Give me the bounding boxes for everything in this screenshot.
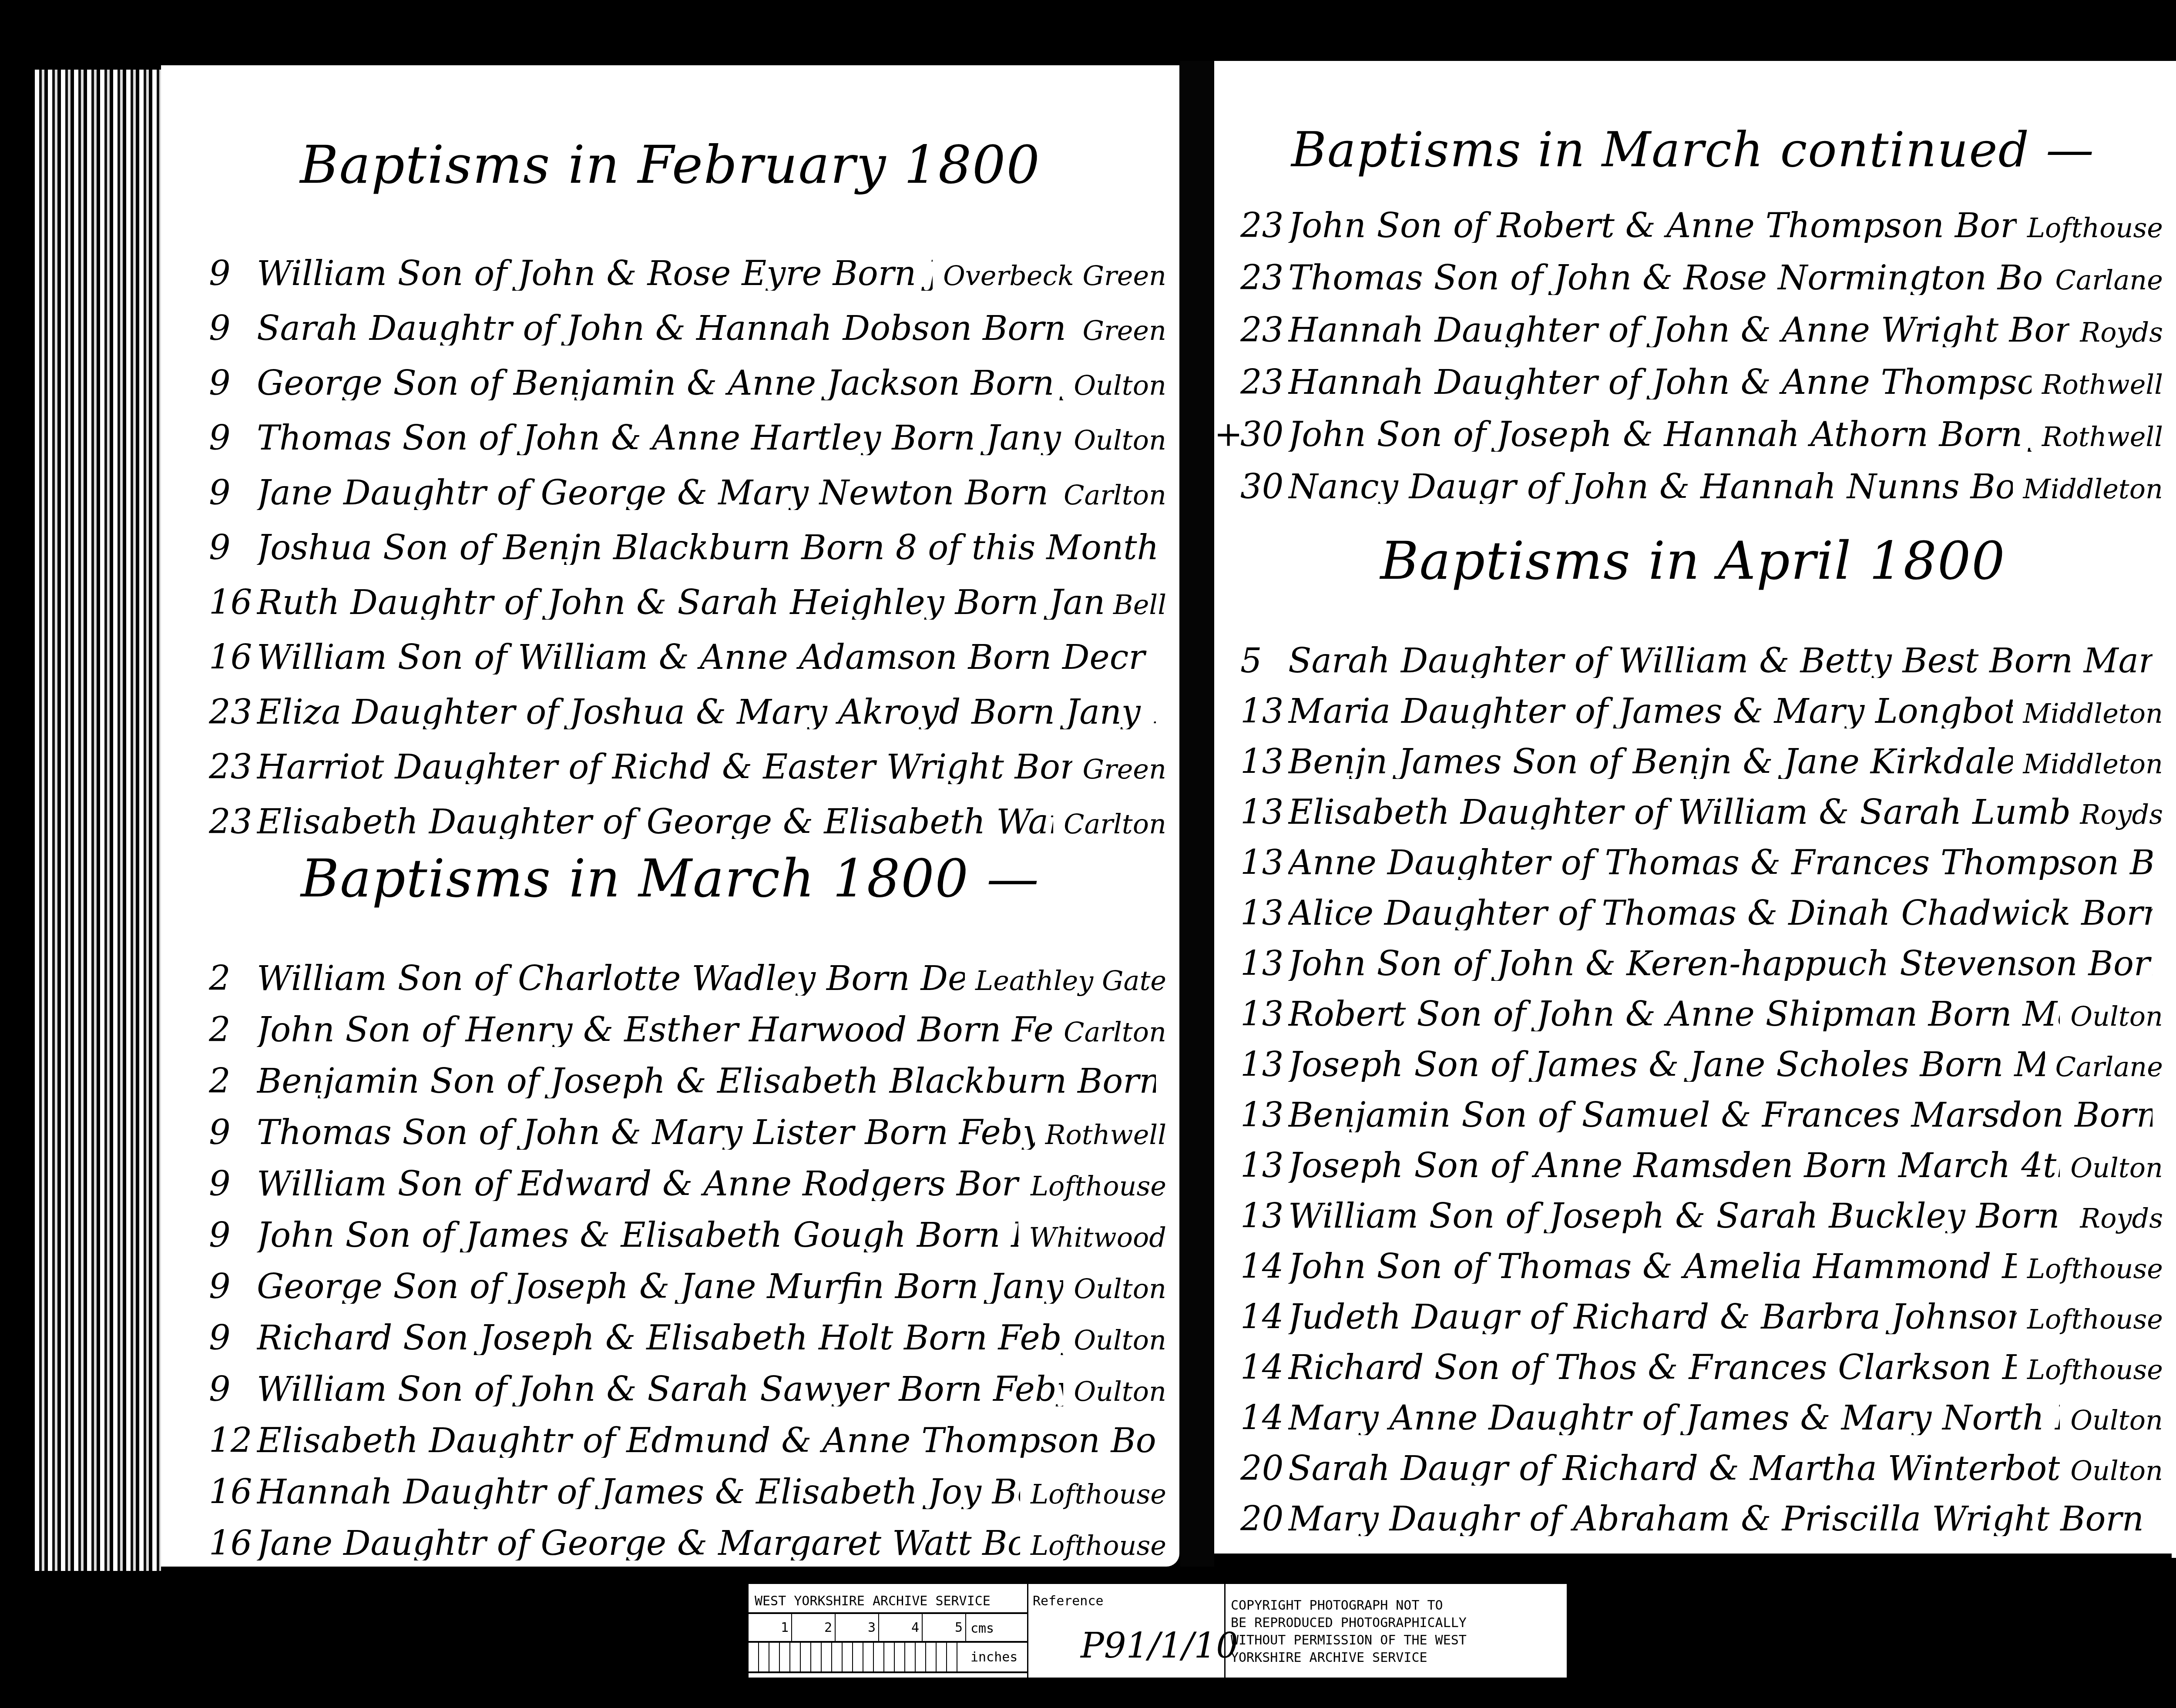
entry-place: Oulton xyxy=(1074,1327,1166,1354)
entry-text: Thomas Son of John & Mary Lister Born Fe… xyxy=(257,1116,1035,1150)
inch-unit: inches xyxy=(966,1643,1022,1671)
left-page: Baptisms in February 1800 9William Son o… xyxy=(161,65,1179,1567)
baptism-entry: 20Sarah Daugr of Richard & Martha Winter… xyxy=(1240,1452,2163,1502)
baptism-list-march: 2William Son of Charlotte Wadley Born De… xyxy=(209,962,1166,1629)
entry-text: William Son of Joseph & Sarah Buckley Bo… xyxy=(1288,1199,2069,1233)
entry-place: Carlton xyxy=(1064,482,1166,509)
baptism-entry: 9Joshua Son of Benjn Blackburn Born 8 of… xyxy=(209,531,1166,586)
cm-scale: 12345 cms xyxy=(749,1614,1027,1643)
baptism-entry: 12Elisabeth Daughtr of Edmund & Anne Tho… xyxy=(209,1424,1166,1475)
entry-day: 9 xyxy=(209,1116,257,1150)
entry-day: 16 xyxy=(209,641,257,674)
entry-text: William Son of Charlotte Wadley Born Dec… xyxy=(257,962,965,996)
archive-label: WEST YORKSHIRE ARCHIVE SERVICE 12345 cms… xyxy=(749,1584,1567,1678)
entry-place: Lofthouse xyxy=(1031,1173,1166,1200)
entry-text: Sarah Daughter of William & Betty Best B… xyxy=(1288,644,2152,678)
entry-text: William Son of William & Anne Adamson Bo… xyxy=(257,641,1156,674)
entry-text: Nancy Daugr of John & Hannah Nunns Born … xyxy=(1288,470,2013,504)
baptism-entry: 23Thomas Son of John & Rose Normington B… xyxy=(1240,261,2163,313)
entry-text: Ruth Daughtr of John & Sarah Heighley Bo… xyxy=(257,586,1103,620)
entry-day: 13 xyxy=(1240,745,1288,779)
entry-day: 9 xyxy=(209,531,257,565)
entry-day: 30 xyxy=(1240,470,1288,504)
baptism-entry: 2William Son of Charlotte Wadley Born De… xyxy=(209,962,1166,1013)
baptism-entry: 14John Son of Thomas & Amelia Hammond Bo… xyxy=(1240,1250,2163,1300)
entry-place: Royds xyxy=(2080,1205,2163,1232)
entry-text: Mary Daughr of Abraham & Priscilla Wrigh… xyxy=(1288,1502,2152,1536)
page-edges-right xyxy=(2172,61,2176,1558)
entry-day: 9 xyxy=(209,1270,257,1304)
baptism-entry: 13Elisabeth Daughter of William & Sarah … xyxy=(1240,795,2163,846)
entry-place: Green xyxy=(1083,756,1166,783)
entry-place: Oulton xyxy=(2070,1407,2163,1434)
copyright-notice: COPYRIGHT PHOTOGRAPH NOT TO BE REPRODUCE… xyxy=(1226,1584,1567,1678)
baptism-entry: 9George Son of Joseph & Jane Murfin Born… xyxy=(209,1270,1166,1321)
baptism-entry: 9Sarah Daughtr of John & Hannah Dobson B… xyxy=(209,312,1166,366)
entry-place: Oulton xyxy=(2070,1457,2163,1484)
entry-text: Benjamin Son of Joseph & Elisabeth Black… xyxy=(257,1064,1156,1098)
entry-place: Lofthouse xyxy=(2027,1356,2163,1383)
entry-day: 14 xyxy=(1240,1300,1288,1334)
entry-place: Rothwell xyxy=(2042,371,2163,398)
entry-text: John Son of Robert & Anne Thompson Born … xyxy=(1288,209,2017,243)
entry-place: Lofthouse xyxy=(1031,1481,1166,1508)
entry-place: Oulton xyxy=(1074,1378,1166,1405)
entry-place: Oulton xyxy=(2070,1154,2163,1181)
baptism-entry: 9John Son of James & Elisabeth Gough Bor… xyxy=(209,1218,1166,1270)
entry-place: Royds xyxy=(2080,801,2163,828)
entry-text: William Son of John & Rose Eyre Born Jan… xyxy=(257,257,933,291)
entry-day: 9 xyxy=(209,421,257,455)
entry-text: Jane Daughtr of George & Mary Newton Bor… xyxy=(257,476,1053,510)
entry-text: Maria Daughter of James & Mary Longbotto… xyxy=(1288,695,2013,728)
entry-day: 5 xyxy=(1240,644,1288,678)
baptism-entry: 14Judeth Daugr of Richard & Barbra Johns… xyxy=(1240,1300,2163,1351)
entry-place: Whitwood xyxy=(1029,1224,1166,1251)
reference-value: P91/1/10 xyxy=(1081,1625,1238,1666)
entry-text: John Son of James & Elisabeth Gough Born… xyxy=(257,1218,1018,1252)
entry-day: 16 xyxy=(209,586,257,620)
entry-day: 9 xyxy=(209,1218,257,1252)
entry-day: 16 xyxy=(209,1578,257,1612)
entry-day: 9 xyxy=(209,1167,257,1201)
entry-day: 13 xyxy=(1240,1149,1288,1183)
entry-place: Oulton xyxy=(1074,1275,1166,1302)
cm-unit: cms xyxy=(966,1614,998,1641)
baptism-entry: 2John Son of Henry & Esther Harwood Born… xyxy=(209,1013,1166,1064)
baptism-entry: 14Mary Anne Daughtr of James & Mary Nort… xyxy=(1240,1401,2163,1452)
entry-day: 14 xyxy=(1240,1401,1288,1435)
entry-day: 9 xyxy=(209,1321,257,1355)
entry-day: 12 xyxy=(209,1424,257,1458)
entry-text: Sarah Daugr of Richard & Martha Winterbo… xyxy=(1288,1452,2060,1486)
entry-place: Oulton xyxy=(1074,372,1166,399)
entry-text: Joshua Son of Benjn Blackburn Born 8 of … xyxy=(257,531,1156,565)
baptism-list-april: 5Sarah Daughter of William & Betty Best … xyxy=(1240,644,2163,1553)
entry-place: Overbeck Green xyxy=(943,262,1166,289)
heading-march-continued: Baptisms in March continued — xyxy=(1214,122,2172,178)
baptism-entry: 13Robert Son of John & Anne Shipman Born… xyxy=(1240,997,2163,1048)
entry-place: Lofthouse xyxy=(2027,215,2163,242)
entry-place: Rothwell xyxy=(1045,1121,1166,1148)
entry-text: Benjamin Son of Samuel & Frances Marsdon… xyxy=(1288,1098,2152,1132)
baptism-entry: 23Hannah Daughter of John & Anne Wright … xyxy=(1240,313,2163,366)
baptism-entry: 13Joseph Son of James & Jane Scholes Bor… xyxy=(1240,1048,2163,1098)
entry-day: 9 xyxy=(209,257,257,291)
entry-place: Lofthouse xyxy=(2027,1255,2163,1282)
entry-day: 20 xyxy=(1240,1452,1288,1486)
entry-place: Green xyxy=(1083,317,1166,344)
cm-tick: 4 xyxy=(879,1614,923,1641)
entry-text: Joseph Son of James & Jane Scholes Born … xyxy=(1288,1048,2045,1082)
entry-place: Middleton xyxy=(2023,751,2163,778)
entry-place: Lofthouse xyxy=(1031,1532,1166,1559)
baptism-entry: 9William Son of John & Sarah Sawyer Born… xyxy=(209,1372,1166,1424)
entry-text: Hannah Daughtr of James & Elisabeth Joy … xyxy=(257,1475,1020,1509)
entry-place: Royds xyxy=(2080,319,2163,346)
baptism-entry: 9William Son of Edward & Anne Rodgers Bo… xyxy=(209,1167,1166,1218)
entry-place: Oulton xyxy=(2070,1003,2163,1030)
baptism-entry: 13Alice Daughter of Thomas & Dinah Chadw… xyxy=(1240,896,2163,947)
entry-text: Alice Daughter of Thomas & Dinah Chadwic… xyxy=(1288,896,2152,930)
entry-text: Benjn James Son of Benjn & Jane Kirkdale… xyxy=(1288,745,2013,779)
entry-day: 13 xyxy=(1240,795,1288,829)
entry-text: Harriot Daughter of Richd & Easter Wrigh… xyxy=(257,750,1072,784)
baptism-entry: 9Richard Son Joseph & Elisabeth Holt Bor… xyxy=(209,1321,1166,1372)
entry-text: Richard Son Joseph & Elisabeth Holt Born… xyxy=(257,1321,1063,1355)
entry-text: William Son of John & Sarah Sawyer Born … xyxy=(257,1372,1063,1406)
entry-place: Bell xyxy=(1113,591,1166,618)
entry-day: 23 xyxy=(209,805,257,839)
entry-text: Sarah Daughtr of John & Hannah Dobson Bo… xyxy=(257,312,1072,346)
entry-day: 23 xyxy=(209,750,257,784)
baptism-entry: 5Sarah Daughter of William & Betty Best … xyxy=(1240,644,2163,695)
baptism-entry: 13Benjamin Son of Samuel & Frances Marsd… xyxy=(1240,1098,2163,1149)
baptism-entry: 2Benjamin Son of Joseph & Elisabeth Blac… xyxy=(209,1064,1166,1116)
cm-tick: 2 xyxy=(792,1614,836,1641)
entry-day: 16 xyxy=(209,1527,257,1560)
entry-day: 2 xyxy=(209,962,257,996)
entry-day: 13 xyxy=(1240,896,1288,930)
baptism-entry: 13Maria Daughter of James & Mary Longbot… xyxy=(1240,695,2163,745)
entry-text: Robert Son of John & Anne Shipman Born M… xyxy=(1288,997,2060,1031)
baptism-entry: 13Joseph Son of Anne Ramsden Born March … xyxy=(1240,1149,2163,1199)
entry-day: 30 xyxy=(1240,418,1288,452)
heading-february: Baptisms in February 1800 xyxy=(161,135,1179,195)
entry-place: Oulton xyxy=(1074,427,1166,454)
entry-day: 13 xyxy=(1240,695,1288,728)
entry-day: 16 xyxy=(209,1475,257,1509)
entry-text: Thomas Son of John & Anne Hartley Born J… xyxy=(257,421,1063,455)
entry-text: Hannah Daughter of John & Anne Thompson … xyxy=(1288,366,2032,399)
entry-day: 13 xyxy=(1240,846,1288,880)
baptism-entry: 13Anne Daughter of Thomas & Frances Thom… xyxy=(1240,846,2163,896)
entry-text: William Son of Edward & Anne Rodgers Bor… xyxy=(257,1167,1020,1201)
entry-text: John Son of Henry & Esther Harwood Born … xyxy=(257,1013,1053,1047)
entry-text: Elisabeth Daughter of George & Elisabeth… xyxy=(257,805,1053,839)
entry-text: John Son of John & Keren-happuch Stevens… xyxy=(1288,947,2152,981)
entry-day: 13 xyxy=(1240,947,1288,981)
baptism-entry: 20Mary Daughr of Abraham & Priscilla Wri… xyxy=(1240,1502,2163,1553)
inch-scale: inches xyxy=(749,1643,1027,1673)
baptism-entry: 13William Son of Joseph & Sarah Buckley … xyxy=(1240,1199,2163,1250)
entry-text: Judeth Daugr of Richard & Barbra Johnson… xyxy=(1288,1300,2017,1334)
cm-tick: 3 xyxy=(836,1614,879,1641)
entry-place: Carlane xyxy=(2055,267,2163,294)
entry-day: 9 xyxy=(209,476,257,510)
entry-place: Middleton xyxy=(2023,700,2163,727)
entry-day: 2 xyxy=(209,1013,257,1047)
entry-place: Carlton xyxy=(1064,1019,1166,1046)
entry-place: Lofthouse xyxy=(2027,1306,2163,1333)
baptism-list-march-continued: 23John Son of Robert & Anne Thompson Bor… xyxy=(1240,209,2163,522)
entry-place: Middleton xyxy=(2023,476,2163,503)
scale-section: WEST YORKSHIRE ARCHIVE SERVICE 12345 cms… xyxy=(749,1584,1028,1678)
entry-text: Mary Anne Daughtr of James & Mary North … xyxy=(1288,1401,2060,1435)
entry-day: 13 xyxy=(1240,1048,1288,1082)
entry-text: Jane Daughtr of George & Margaret Watt B… xyxy=(257,1527,1020,1560)
archive-organisation: WEST YORKSHIRE ARCHIVE SERVICE xyxy=(749,1584,1027,1614)
entry-text: Elisabeth Daughtr of Edmund & Anne Thomp… xyxy=(257,1424,1156,1458)
baptism-entry: 9William Son of John & Rose Eyre Born Ja… xyxy=(209,257,1166,312)
page-edges-left xyxy=(35,70,161,1571)
entry-text: John Son of Joseph & Hannah Athorn Born … xyxy=(1288,418,2032,452)
entry-text: Hannah Daughter of John & Anne Wright Bo… xyxy=(1288,313,2069,347)
entry-text: Anne Daughter of Thomas & Frances Thomps… xyxy=(1288,846,2152,880)
cm-tick: 5 xyxy=(923,1614,966,1641)
heading-march: Baptisms in March 1800 — xyxy=(161,849,1179,909)
baptism-entry: 16Ruth Daughtr of John & Sarah Heighley … xyxy=(209,586,1166,641)
baptism-entry: 9Thomas Son of John & Mary Lister Born F… xyxy=(209,1116,1166,1167)
cm-ticks: 12345 xyxy=(749,1614,966,1641)
book-spine xyxy=(1180,61,1214,1567)
entry-place: Carlton xyxy=(1064,811,1166,838)
margin-cross-icon: + xyxy=(1240,418,1242,452)
entry-day: 9 xyxy=(209,1372,257,1406)
inch-ticks xyxy=(749,1643,966,1671)
baptism-entry: 23Harriot Daughter of Richd & Easter Wri… xyxy=(209,750,1166,805)
baptism-entry: 9George Son of Benjamin & Anne Jackson B… xyxy=(209,366,1166,421)
baptism-entry: 16Hannah Daughtr of James & Elisabeth Jo… xyxy=(209,1475,1166,1527)
baptism-entry: 16Jane Daughtr of George & Margaret Watt… xyxy=(209,1527,1166,1578)
entry-day: 9 xyxy=(209,366,257,400)
reference-section: Reference P91/1/10 xyxy=(1028,1584,1226,1678)
heading-april: Baptisms in April 1800 xyxy=(1214,531,2172,591)
entry-day: 20 xyxy=(1240,1502,1288,1536)
baptism-entry: 23Hannah Daughter of John & Anne Thompso… xyxy=(1240,366,2163,418)
baptism-entry: +30John Son of Joseph & Hannah Athorn Bo… xyxy=(1240,418,2163,470)
baptism-entry: 30Nancy Daugr of John & Hannah Nunns Bor… xyxy=(1240,470,2163,522)
entry-day: 13 xyxy=(1240,1199,1288,1233)
entry-day: 23 xyxy=(1240,366,1288,399)
entry-day: 9 xyxy=(209,312,257,346)
entry-text: Richard Son of Thos & Frances Clarkson B… xyxy=(1288,1351,2017,1385)
baptism-entry: 14Richard Son of Thos & Frances Clarkson… xyxy=(1240,1351,2163,1401)
baptism-entry: 16William Son of William & Anne Adamson … xyxy=(209,641,1166,695)
entry-day: 23 xyxy=(1240,209,1288,243)
entry-place: Carlane xyxy=(2055,1054,2163,1081)
entry-place: Rothwell xyxy=(2042,423,2163,450)
entry-day: 23 xyxy=(209,695,257,729)
entry-text: George Son of Benjamin & Anne Jackson Bo… xyxy=(257,366,1063,400)
entry-place: Leathley Gate xyxy=(975,967,1166,994)
entry-text: Elisabeth Daughter of William & Sarah Lu… xyxy=(1288,795,2069,829)
entry-day: 14 xyxy=(1240,1351,1288,1385)
entry-day: 2 xyxy=(209,1064,257,1098)
baptism-entry: 9Jane Daughtr of George & Mary Newton Bo… xyxy=(209,476,1166,531)
entry-day: 23 xyxy=(1240,261,1288,295)
baptism-entry: 9Thomas Son of John & Anne Hartley Born … xyxy=(209,421,1166,476)
baptism-entry: 13John Son of John & Keren-happuch Steve… xyxy=(1240,947,2163,997)
entry-text: Eliza Daughter of Joshua & Mary Akroyd B… xyxy=(257,695,1156,729)
entry-text: George Son of Joseph & Jane Murfin Born … xyxy=(257,1270,1063,1304)
baptism-list-february: 9William Son of John & Rose Eyre Born Ja… xyxy=(209,257,1166,860)
baptism-entry: 23Eliza Daughter of Joshua & Mary Akroyd… xyxy=(209,695,1166,750)
entry-text: Thomas Son of John & Rose Normington Bor… xyxy=(1288,261,2045,295)
entry-day: 13 xyxy=(1240,1098,1288,1132)
entry-text: Joseph Son of Anne Ramsden Born March 4t… xyxy=(1288,1149,2060,1183)
baptism-entry: 13Benjn James Son of Benjn & Jane Kirkda… xyxy=(1240,745,2163,795)
entry-day: 14 xyxy=(1240,1250,1288,1284)
entry-day: 13 xyxy=(1240,997,1288,1031)
baptism-entry: 23John Son of Robert & Anne Thompson Bor… xyxy=(1240,209,2163,261)
reference-title: Reference xyxy=(1028,1584,1224,1618)
cm-tick: 1 xyxy=(749,1614,792,1641)
entry-day: 23 xyxy=(1240,313,1288,347)
entry-text: John Son of Thomas & Amelia Hammond Born… xyxy=(1288,1250,2017,1284)
right-page: Baptisms in March continued — 23John Son… xyxy=(1214,61,2172,1554)
